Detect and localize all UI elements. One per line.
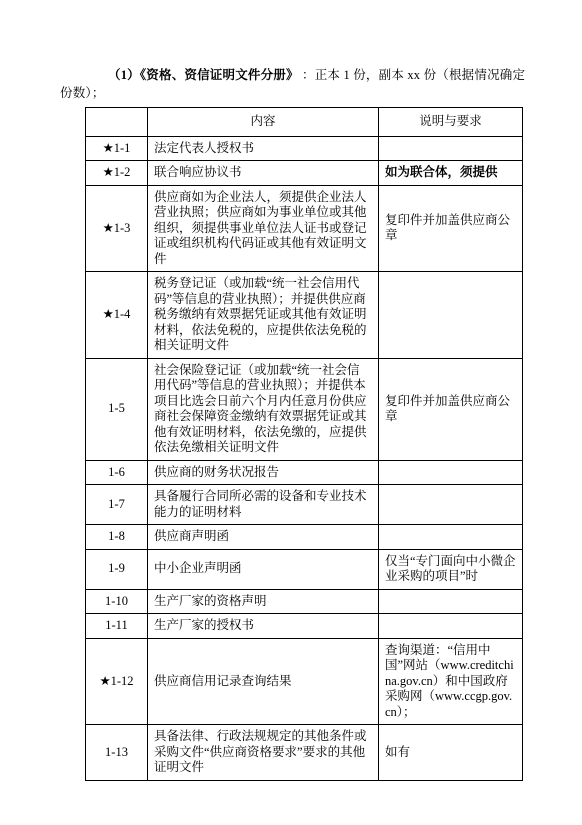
item-requirement (379, 525, 523, 550)
item-id: 1-13 (86, 725, 148, 781)
item-id: 1-8 (86, 525, 148, 550)
item-content: 供应商的财务状况报告 (148, 460, 379, 485)
item-content: 中小企业声明函 (148, 549, 379, 589)
header-content: 内容 (148, 108, 379, 137)
table-row: 1-11生产厂家的授权书 (86, 614, 523, 639)
table-header: 内容 说明与要求 (86, 108, 523, 137)
item-requirement: 查询渠道：“信用中国”网站（www.creditchina.gov.cn）和中国… (379, 638, 523, 725)
item-id: ★1-1 (86, 136, 148, 161)
table-row: 1-6供应商的财务状况报告 (86, 460, 523, 485)
table-row: 1-5社会保险登记证（或加载“统一社会信用代码”等信息的营业执照）；并提供本项目… (86, 358, 523, 460)
item-content: 法定代表人授权书 (148, 136, 379, 161)
item-id: ★1-4 (86, 272, 148, 359)
table-row: 1-8供应商声明函 (86, 525, 523, 550)
table-row: ★1-1法定代表人授权书 (86, 136, 523, 161)
table-row: ★1-12供应商信用记录查询结果查询渠道：“信用中国”网站（www.credit… (86, 638, 523, 725)
item-requirement: 如有 (379, 725, 523, 781)
table-row: 1-10生产厂家的资格声明 (86, 589, 523, 614)
item-id: 1-6 (86, 460, 148, 485)
item-content: 具备法律、行政法规规定的其他条件或采购文件“供应商资格要求”要求的其他证明文件 (148, 725, 379, 781)
item-id: 1-10 (86, 589, 148, 614)
table-row: 1-7具备履行合同所必需的设备和专业技术能力的证明材料 (86, 485, 523, 525)
item-content: 社会保险登记证（或加载“统一社会信用代码”等信息的营业执照）；并提供本项目比选会… (148, 358, 379, 460)
header-row: 内容 说明与要求 (86, 108, 523, 137)
item-content: 供应商如为企业法人，须提供企业法人营业执照；供应商如为事业单位或其他组织，须提供… (148, 185, 379, 272)
intro-title: （1）《资格、资信证明文件分册》 (108, 68, 299, 82)
item-id: 1-11 (86, 614, 148, 639)
item-requirement (379, 272, 523, 359)
table-row: ★1-4税务登记证（或加载“统一社会信用代码”等信息的营业执照）；并提供供应商税… (86, 272, 523, 359)
item-content: 生产厂家的授权书 (148, 614, 379, 639)
item-content: 供应商声明函 (148, 525, 379, 550)
item-id: ★1-12 (86, 638, 148, 725)
table-row: ★1-3供应商如为企业法人，须提供企业法人营业执照；供应商如为事业单位或其他组织… (86, 185, 523, 272)
table-row: 1-9中小企业声明函仅当“专门面向中小微企业采购的项目”时 (86, 549, 523, 589)
item-requirement: 仅当“专门面向中小微企业采购的项目”时 (379, 549, 523, 589)
item-id: 1-9 (86, 549, 148, 589)
table-row: 1-13具备法律、行政法规规定的其他条件或采购文件“供应商资格要求”要求的其他证… (86, 725, 523, 781)
item-content: 税务登记证（或加载“统一社会信用代码”等信息的营业执照）；并提供供应商税务缴纳有… (148, 272, 379, 359)
document-page: （1）《资格、资信证明文件分册》 ：正本 1 份，副本 xx 份（根据情况确定份… (0, 0, 582, 781)
item-requirement: 如为联合体，须提供 (379, 161, 523, 186)
item-id: 1-5 (86, 358, 148, 460)
header-requirement: 说明与要求 (379, 108, 523, 137)
item-requirement (379, 460, 523, 485)
item-content: 供应商信用记录查询结果 (148, 638, 379, 725)
header-id (86, 108, 148, 137)
item-id: ★1-2 (86, 161, 148, 186)
item-content: 具备履行合同所必需的设备和专业技术能力的证明材料 (148, 485, 379, 525)
item-id: ★1-3 (86, 185, 148, 272)
item-id: 1-7 (86, 485, 148, 525)
table-row: ★1-2联合响应协议书如为联合体，须提供 (86, 161, 523, 186)
item-content: 联合响应协议书 (148, 161, 379, 186)
item-requirement: 复印件并加盖供应商公章 (379, 185, 523, 272)
table-body: ★1-1法定代表人授权书★1-2联合响应协议书如为联合体，须提供★1-3供应商如… (86, 136, 523, 780)
item-requirement (379, 614, 523, 639)
item-requirement: 复印件并加盖供应商公章 (379, 358, 523, 460)
item-requirement (379, 136, 523, 161)
item-content: 生产厂家的资格声明 (148, 589, 379, 614)
item-requirement (379, 485, 523, 525)
requirements-table: 内容 说明与要求 ★1-1法定代表人授权书★1-2联合响应协议书如为联合体，须提… (85, 107, 523, 781)
item-requirement (379, 589, 523, 614)
intro-paragraph: （1）《资格、资信证明文件分册》 ：正本 1 份，副本 xx 份（根据情况确定份… (60, 66, 532, 102)
